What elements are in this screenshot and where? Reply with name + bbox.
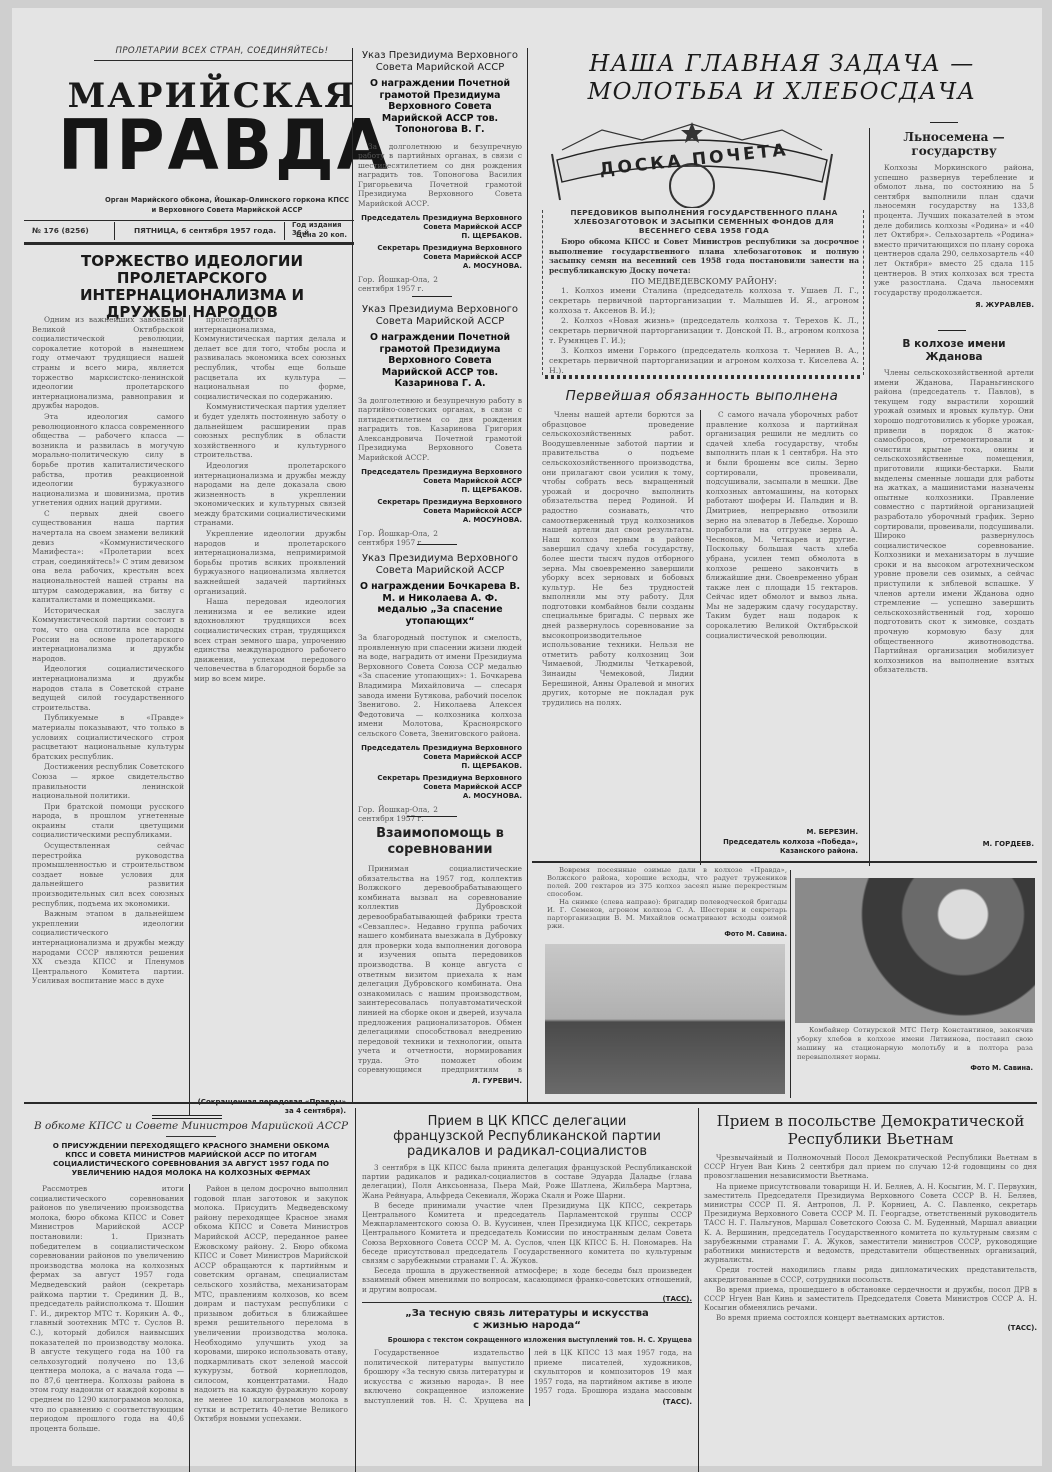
- honor-board-emblem: ДОСКА ПОЧЕТА: [542, 120, 842, 208]
- newspaper-page: ПРОЛЕТАРИИ ВСЕХ СТРАН, СОЕДИНЯЙТЕСЬ! МАР…: [12, 8, 1042, 1466]
- lead-article-col1: Одним из важнейших завоеваний Великой Ок…: [32, 315, 184, 1125]
- slogan: ПРОЛЕТАРИИ ВСЕХ СТРАН, СОЕДИНЯЙТЕСЬ!: [92, 46, 352, 56]
- photo-caption-left: Вовремя посеянные озимые дали в колхозе …: [547, 866, 787, 939]
- flax-seeds-article: Льносемена — государству Колхозы Моркинс…: [874, 130, 1034, 310]
- front-headline: НАША ГЛАВНАЯ ЗАДАЧА — МОЛОТЬБА И ХЛЕБОСД…: [532, 50, 1032, 106]
- title-line2: ПРАВДА: [58, 108, 358, 184]
- decree-1: Указ Президиума Верховного Совета Марийс…: [358, 50, 522, 294]
- literature-col2: лей в ЦК КПСС 13 мая 1957 года, на прием…: [534, 1348, 692, 1398]
- obkom-col1: Рассмотрев итоги социалистического сорев…: [30, 1184, 184, 1472]
- obkom-col2: Район в целом досрочно выполнил годовой …: [194, 1184, 348, 1472]
- literature-col1: Государственное издательство политическо…: [364, 1348, 524, 1408]
- organ-line1: Орган Марийского обкома, Йошкар-Олинског…: [92, 196, 362, 204]
- photo-field-inspection: [545, 944, 785, 1094]
- organ-line2: и Верховного Совета Марийской АССР: [92, 206, 362, 214]
- first-duty-author-title: Председатель колхоза «Победа», Казанског…: [706, 838, 858, 856]
- french-delegation-article: Прием в ЦК КПСС делегации французской Ре…: [362, 1114, 692, 1304]
- issue-date: ПЯТНИЦА, 6 сентября 1957 года.: [134, 226, 276, 235]
- zhdanov-article: В колхозе имени Жданова Члены сельскохоз…: [874, 338, 1034, 849]
- first-duty-col1: Члены нашей артели борются за образцовое…: [542, 410, 694, 865]
- lead-article-col2: пролетарского интернационализма, Коммуни…: [194, 315, 346, 1095]
- decree-3: Указ Президиума Верховного Совета Марийс…: [358, 553, 522, 824]
- first-duty-title: Первейшая обязанность выполнена: [542, 388, 862, 404]
- literature-article: „За тесную связь литературы и искусства …: [362, 1308, 692, 1344]
- honor-board: ПЕРЕДОВИКОВ ВЫПОЛНЕНИЯ ГОСУДАРСТВЕННОГО …: [549, 208, 859, 376]
- lead-article-title: ТОРЖЕСТВО ИДЕОЛОГИИ ПРОЛЕТАРСКОГО ИНТЕРН…: [52, 253, 332, 321]
- first-duty-col2: С самого начала уборочных работ правлени…: [706, 410, 858, 825]
- issue-bar: № 176 (8256) ПЯТНИЦА, 6 сентября 1957 го…: [24, 221, 354, 241]
- lead-article-source: (Сокращенная передовая «Правды» за 4 сен…: [194, 1098, 346, 1116]
- mutual-aid-article: Взаимопомощь в соревновании Принимая соц…: [358, 826, 522, 1086]
- masthead: ПРОЛЕТАРИИ ВСЕХ СТРАН, СОЕДИНЯЙТЕСЬ! МАР…: [32, 8, 352, 233]
- price: Цена 20 коп.: [296, 231, 347, 239]
- decree-2: Указ Президиума Верховного Совета Марийс…: [358, 304, 522, 548]
- vietnam-article: Прием в посольстве Демократической Респу…: [704, 1112, 1037, 1333]
- photo-caption-right: Комбайнер Сотнурской МТС Петр Константин…: [797, 1026, 1033, 1073]
- obkom-section: В обкоме КПСС и Совете Министров Марийск…: [30, 1120, 352, 1177]
- literature-source: (ТАСС).: [534, 1398, 692, 1407]
- issue-number: № 176 (8256): [32, 226, 89, 235]
- first-duty-author: М. БЕРЕЗИН.: [706, 828, 858, 837]
- photo-combine-operator: [795, 878, 1035, 1023]
